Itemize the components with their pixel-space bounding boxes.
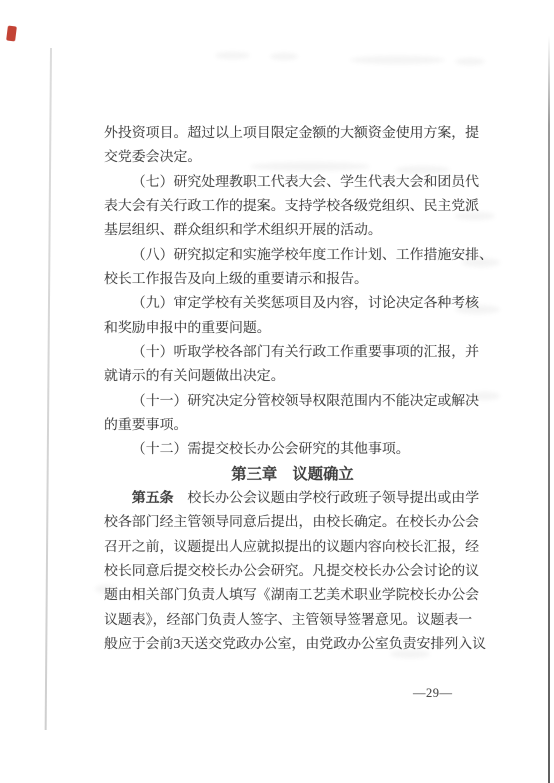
scan-smudge (350, 56, 445, 64)
text-line: （十二）需提交校长办公会研究的其他事项。 (104, 438, 481, 462)
scan-smudge (215, 52, 250, 59)
text-line: （十）听取学校各部门有关行政工作重要事项的汇报，并 (104, 341, 481, 365)
red-pen-mark (6, 26, 17, 42)
text-line: 基层组织、群众组织和学术组织开展的活动。 (104, 219, 481, 243)
scan-smudge (455, 58, 485, 65)
page-edge-line (548, 36, 550, 783)
text-line: 校各部门经主管领导同意后提出，由校长确定。在校长办公会 (104, 511, 481, 535)
text-line: 就请示的有关问题做出决定。 (104, 365, 481, 389)
text-line: 校长工作报告及向上级的重要请示和报告。 (104, 268, 481, 292)
chapter-heading: 第三章 议题确立 (104, 463, 481, 487)
text-line: （九）审定学校有关奖惩项目及内容，讨论决定各种考核 (104, 292, 481, 316)
document-body: 外投资项目。超过以上项目限定金额的大额资金使用方案，提交党委会决定。（七）研究处… (104, 122, 481, 657)
text-line: （七）研究处理教职工代表大会、学生代表大会和团员代 (104, 171, 481, 195)
text-line: 议题表》，经部门负责人签字、主管领导签署意见。议题表一 (104, 609, 481, 633)
scan-smudge (270, 53, 298, 60)
text-line: 般应于会前3天送交党政办公室，由党政办公室负责安排列入议 (104, 633, 481, 657)
text-line: 题由相关部门负责人填写《湖南工艺美术职业学院校长办公会 (104, 584, 481, 608)
article-number: 第五条 (132, 491, 174, 506)
text-line: 的重要事项。 (104, 414, 481, 438)
text-line: 第五条 校长办公会议题由学校行政班子领导提出或由学 (104, 487, 481, 511)
text-line: （八）研究拟定和实施学校年度工作计划、工作措施安排、 (104, 244, 481, 268)
scanned-document-page: 外投资项目。超过以上项目限定金额的大额资金使用方案，提交党委会决定。（七）研究处… (0, 0, 554, 783)
text-line: 交党委会决定。 (104, 146, 481, 170)
text-line: 外投资项目。超过以上项目限定金额的大额资金使用方案，提 (104, 122, 481, 146)
text-line: 和奖励申报中的重要问题。 (104, 317, 481, 341)
page-number: —29— (413, 686, 453, 701)
text-line: （十一）研究决定分管校领导权限范围内不能决定或解决 (104, 390, 481, 414)
text-line: 表大会有关行政工作的提案。支持学校各级党组织、民主党派 (104, 195, 481, 219)
text-line: 召开之前，议题提出人应就拟提出的议题内容向校长汇报，经 (104, 536, 481, 560)
page-fold-line (45, 48, 52, 730)
text-line: 校长同意后提交校长办公会研究。凡提交校长办公会讨论的议 (104, 560, 481, 584)
